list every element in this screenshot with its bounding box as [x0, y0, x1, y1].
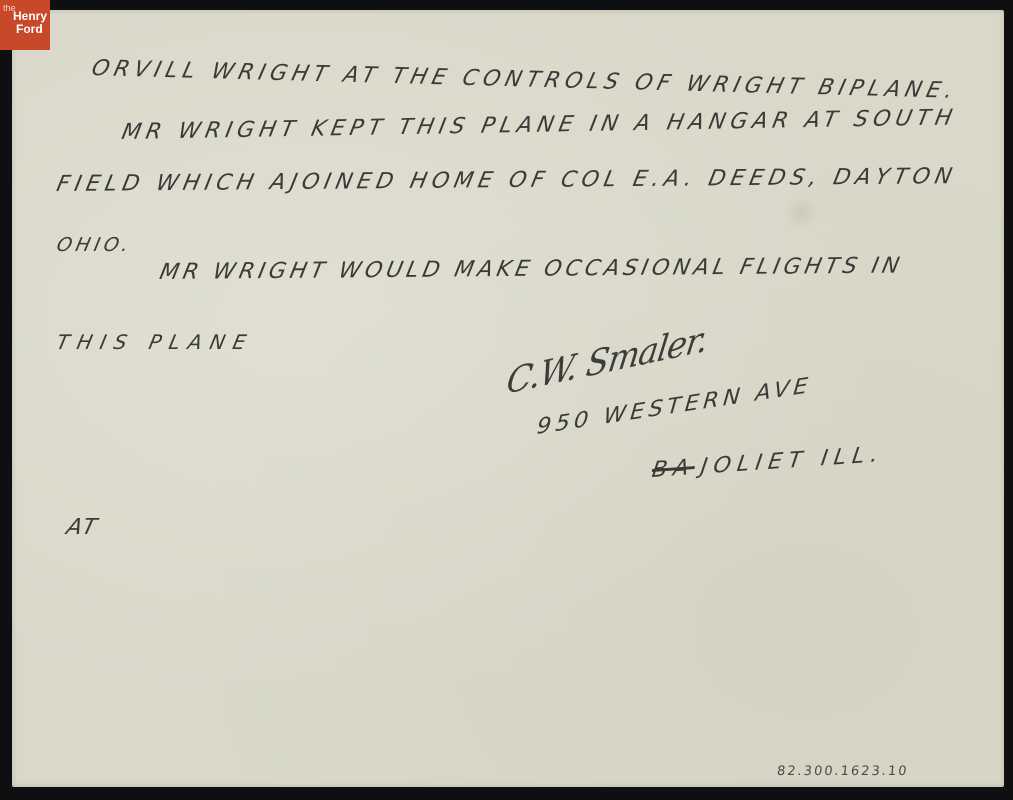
struck-out-word: Ba: [650, 455, 696, 483]
accession-number: 82.300.1623.10: [776, 764, 909, 779]
handwritten-line-5: Mr Wright would make occasional flights …: [157, 254, 905, 285]
margin-note: At: [64, 515, 101, 540]
handwritten-line-3: Field which ajoined home of Col E.A. Dee…: [54, 164, 959, 197]
henry-ford-logo[interactable]: the Henry Ford: [0, 0, 50, 50]
handwritten-line-2: Mr Wright kept this plane in a hangar at…: [120, 105, 960, 145]
document-card: Orvill Wright at the Controls of Wright …: [12, 10, 1004, 787]
scan-frame: the Henry Ford Orvill Wright at the Cont…: [0, 0, 1013, 800]
logo-henry: Henry: [13, 10, 50, 22]
handwritten-line-4: Ohio.: [55, 234, 135, 256]
address-city-line: BaJoliet Ill.: [650, 442, 885, 483]
logo-ford: Ford: [16, 23, 50, 35]
handwritten-line-6: This plane: [54, 330, 256, 354]
paper-smudge: [782, 198, 822, 228]
address-city: Joliet Ill.: [699, 442, 886, 480]
handwritten-line-1: Orvill Wright at the Controls of Wright …: [89, 56, 960, 104]
signature: C.W. Smaler.: [504, 318, 710, 403]
